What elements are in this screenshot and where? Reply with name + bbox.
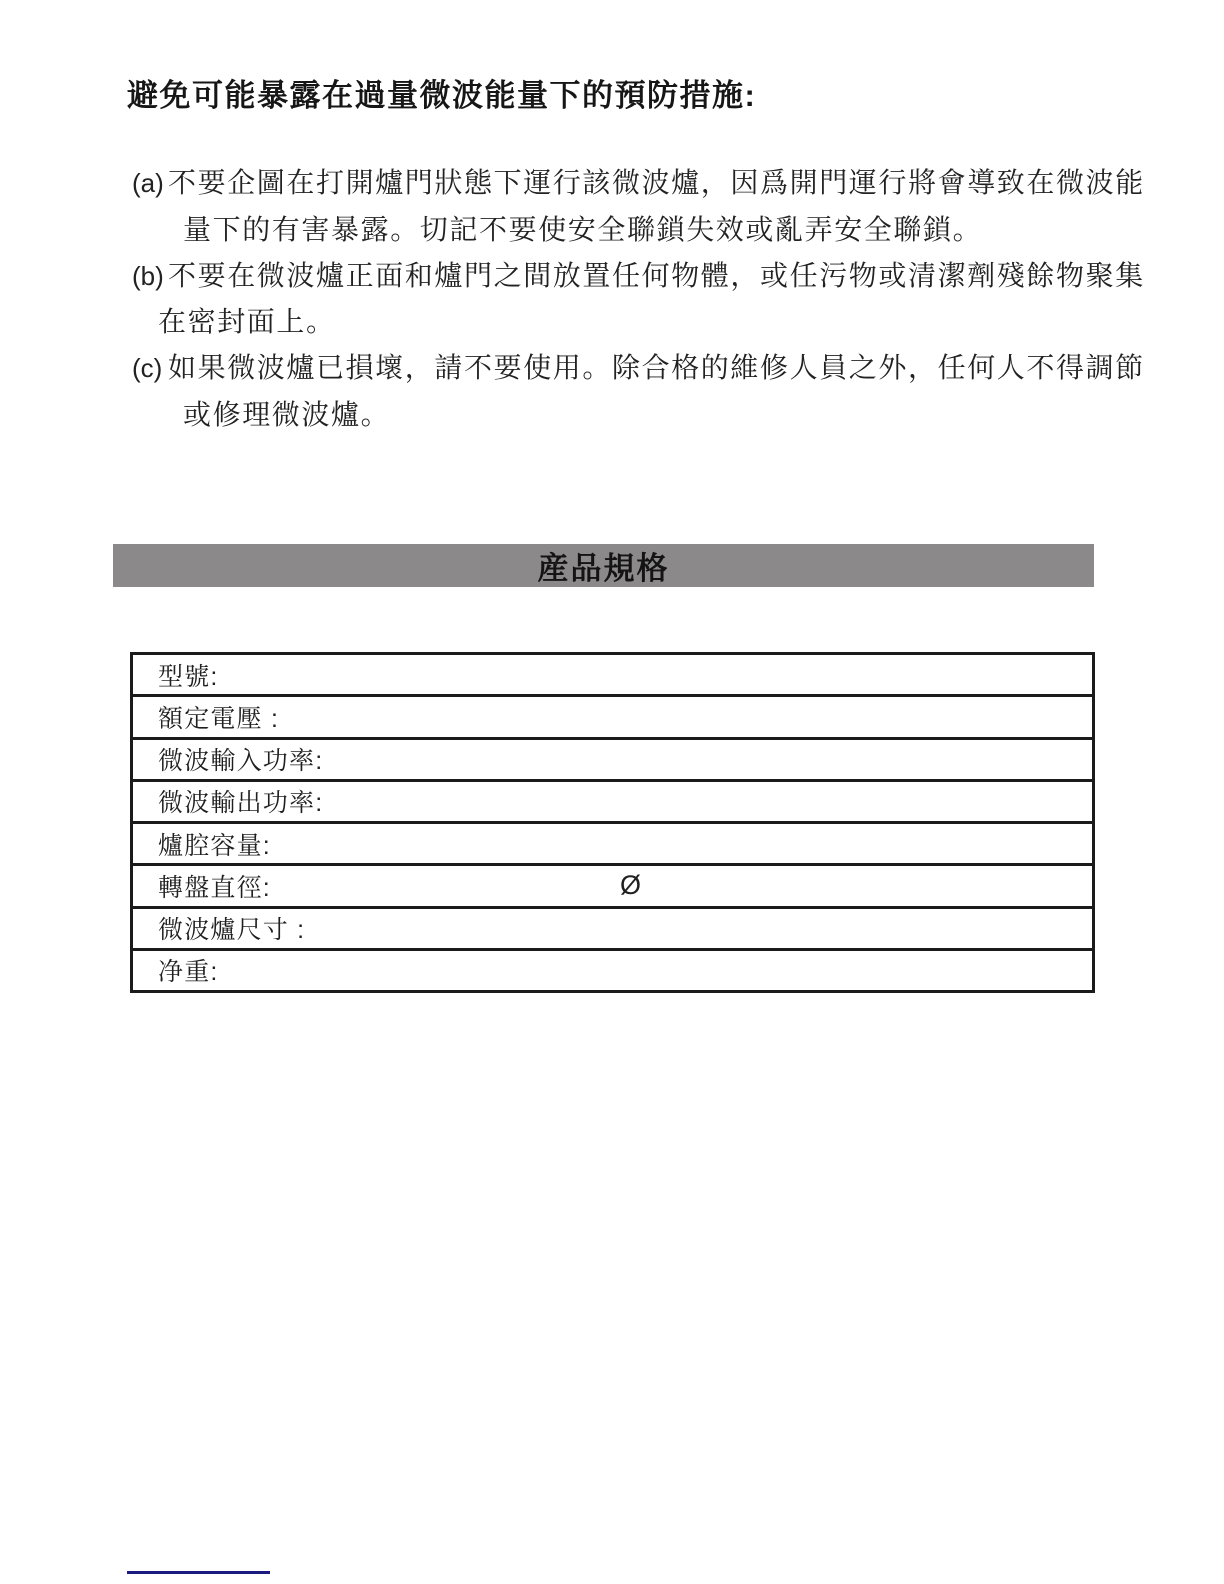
- spec-label: 微波輸出功率:: [158, 783, 323, 819]
- table-row: 額定電壓 :: [133, 694, 1092, 736]
- table-row: 爐腔容量:: [133, 821, 1092, 863]
- table-row: 微波輸入功率:: [133, 737, 1092, 779]
- spec-label: 微波輸入功率:: [158, 741, 323, 777]
- precaution-text: 或修理微波爐。: [132, 392, 1107, 438]
- spec-label: 爐腔容量:: [158, 826, 271, 862]
- table-row: 轉盤直徑: Ø: [133, 863, 1092, 905]
- precautions-list: (a)不要企圖在打開爐門狀態下運行該微波爐，因爲開門運行將會導致在微波能 量下的…: [132, 160, 1107, 438]
- precaution-label: (a): [132, 161, 168, 207]
- precaution-item-c: (c)如果微波爐已損壞，請不要使用。除合格的維修人員之外，任何人不得調節 或修理…: [132, 345, 1107, 438]
- page-title: 避免可能暴露在過量微波能量下的預防措施:: [127, 70, 756, 115]
- spec-label: 微波爐尺寸 :: [158, 910, 305, 946]
- precaution-text: 在密封面上。: [132, 299, 1107, 345]
- table-row: 微波爐尺寸 :: [133, 906, 1092, 948]
- precaution-text: 不要企圖在打開爐門狀態下運行該微波爐，因爲開門運行將會導致在微波能: [168, 167, 1145, 198]
- precaution-label: (c): [132, 346, 168, 392]
- spec-label: 型號:: [158, 657, 219, 693]
- spec-label: 净重:: [158, 952, 219, 988]
- diameter-symbol: Ø: [620, 870, 641, 901]
- section-title: 産品規格: [538, 543, 670, 588]
- table-row: 型號:: [133, 655, 1092, 694]
- spec-label: 轉盤直徑:: [158, 868, 271, 904]
- precaution-line: (b)不要在微波爐正面和爐門之間放置任何物體，或任污物或清潔劑殘餘物聚集: [132, 253, 1107, 300]
- precaution-text: 如果微波爐已損壞，請不要使用。除合格的維修人員之外，任何人不得調節: [168, 352, 1145, 383]
- precaution-line: (a)不要企圖在打開爐門狀態下運行該微波爐，因爲開門運行將會導致在微波能: [132, 160, 1107, 207]
- precaution-item-b: (b)不要在微波爐正面和爐門之間放置任何物體，或任污物或清潔劑殘餘物聚集 在密封…: [132, 253, 1107, 346]
- precaution-text: 不要在微波爐正面和爐門之間放置任何物體，或任污物或清潔劑殘餘物聚集: [168, 260, 1145, 291]
- spec-table: 型號: 額定電壓 : 微波輸入功率: 微波輸出功率: 爐腔容量: 轉盤直徑: Ø…: [130, 652, 1095, 993]
- footer-rule: [127, 1571, 270, 1574]
- precaution-line: (c)如果微波爐已損壞，請不要使用。除合格的維修人員之外，任何人不得調節: [132, 345, 1107, 392]
- table-row: 净重:: [133, 948, 1092, 990]
- precaution-item-a: (a)不要企圖在打開爐門狀態下運行該微波爐，因爲開門運行將會導致在微波能 量下的…: [132, 160, 1107, 253]
- precaution-label: (b): [132, 254, 168, 300]
- table-row: 微波輸出功率:: [133, 779, 1092, 821]
- precaution-text: 量下的有害暴露。切記不要使安全聯鎖失效或亂弄安全聯鎖。: [132, 207, 1107, 253]
- section-banner: 産品規格: [113, 544, 1094, 587]
- manual-page: 避免可能暴露在過量微波能量下的預防措施: (a)不要企圖在打開爐門狀態下運行該微…: [0, 0, 1224, 1584]
- spec-label: 額定電壓 :: [158, 699, 279, 735]
